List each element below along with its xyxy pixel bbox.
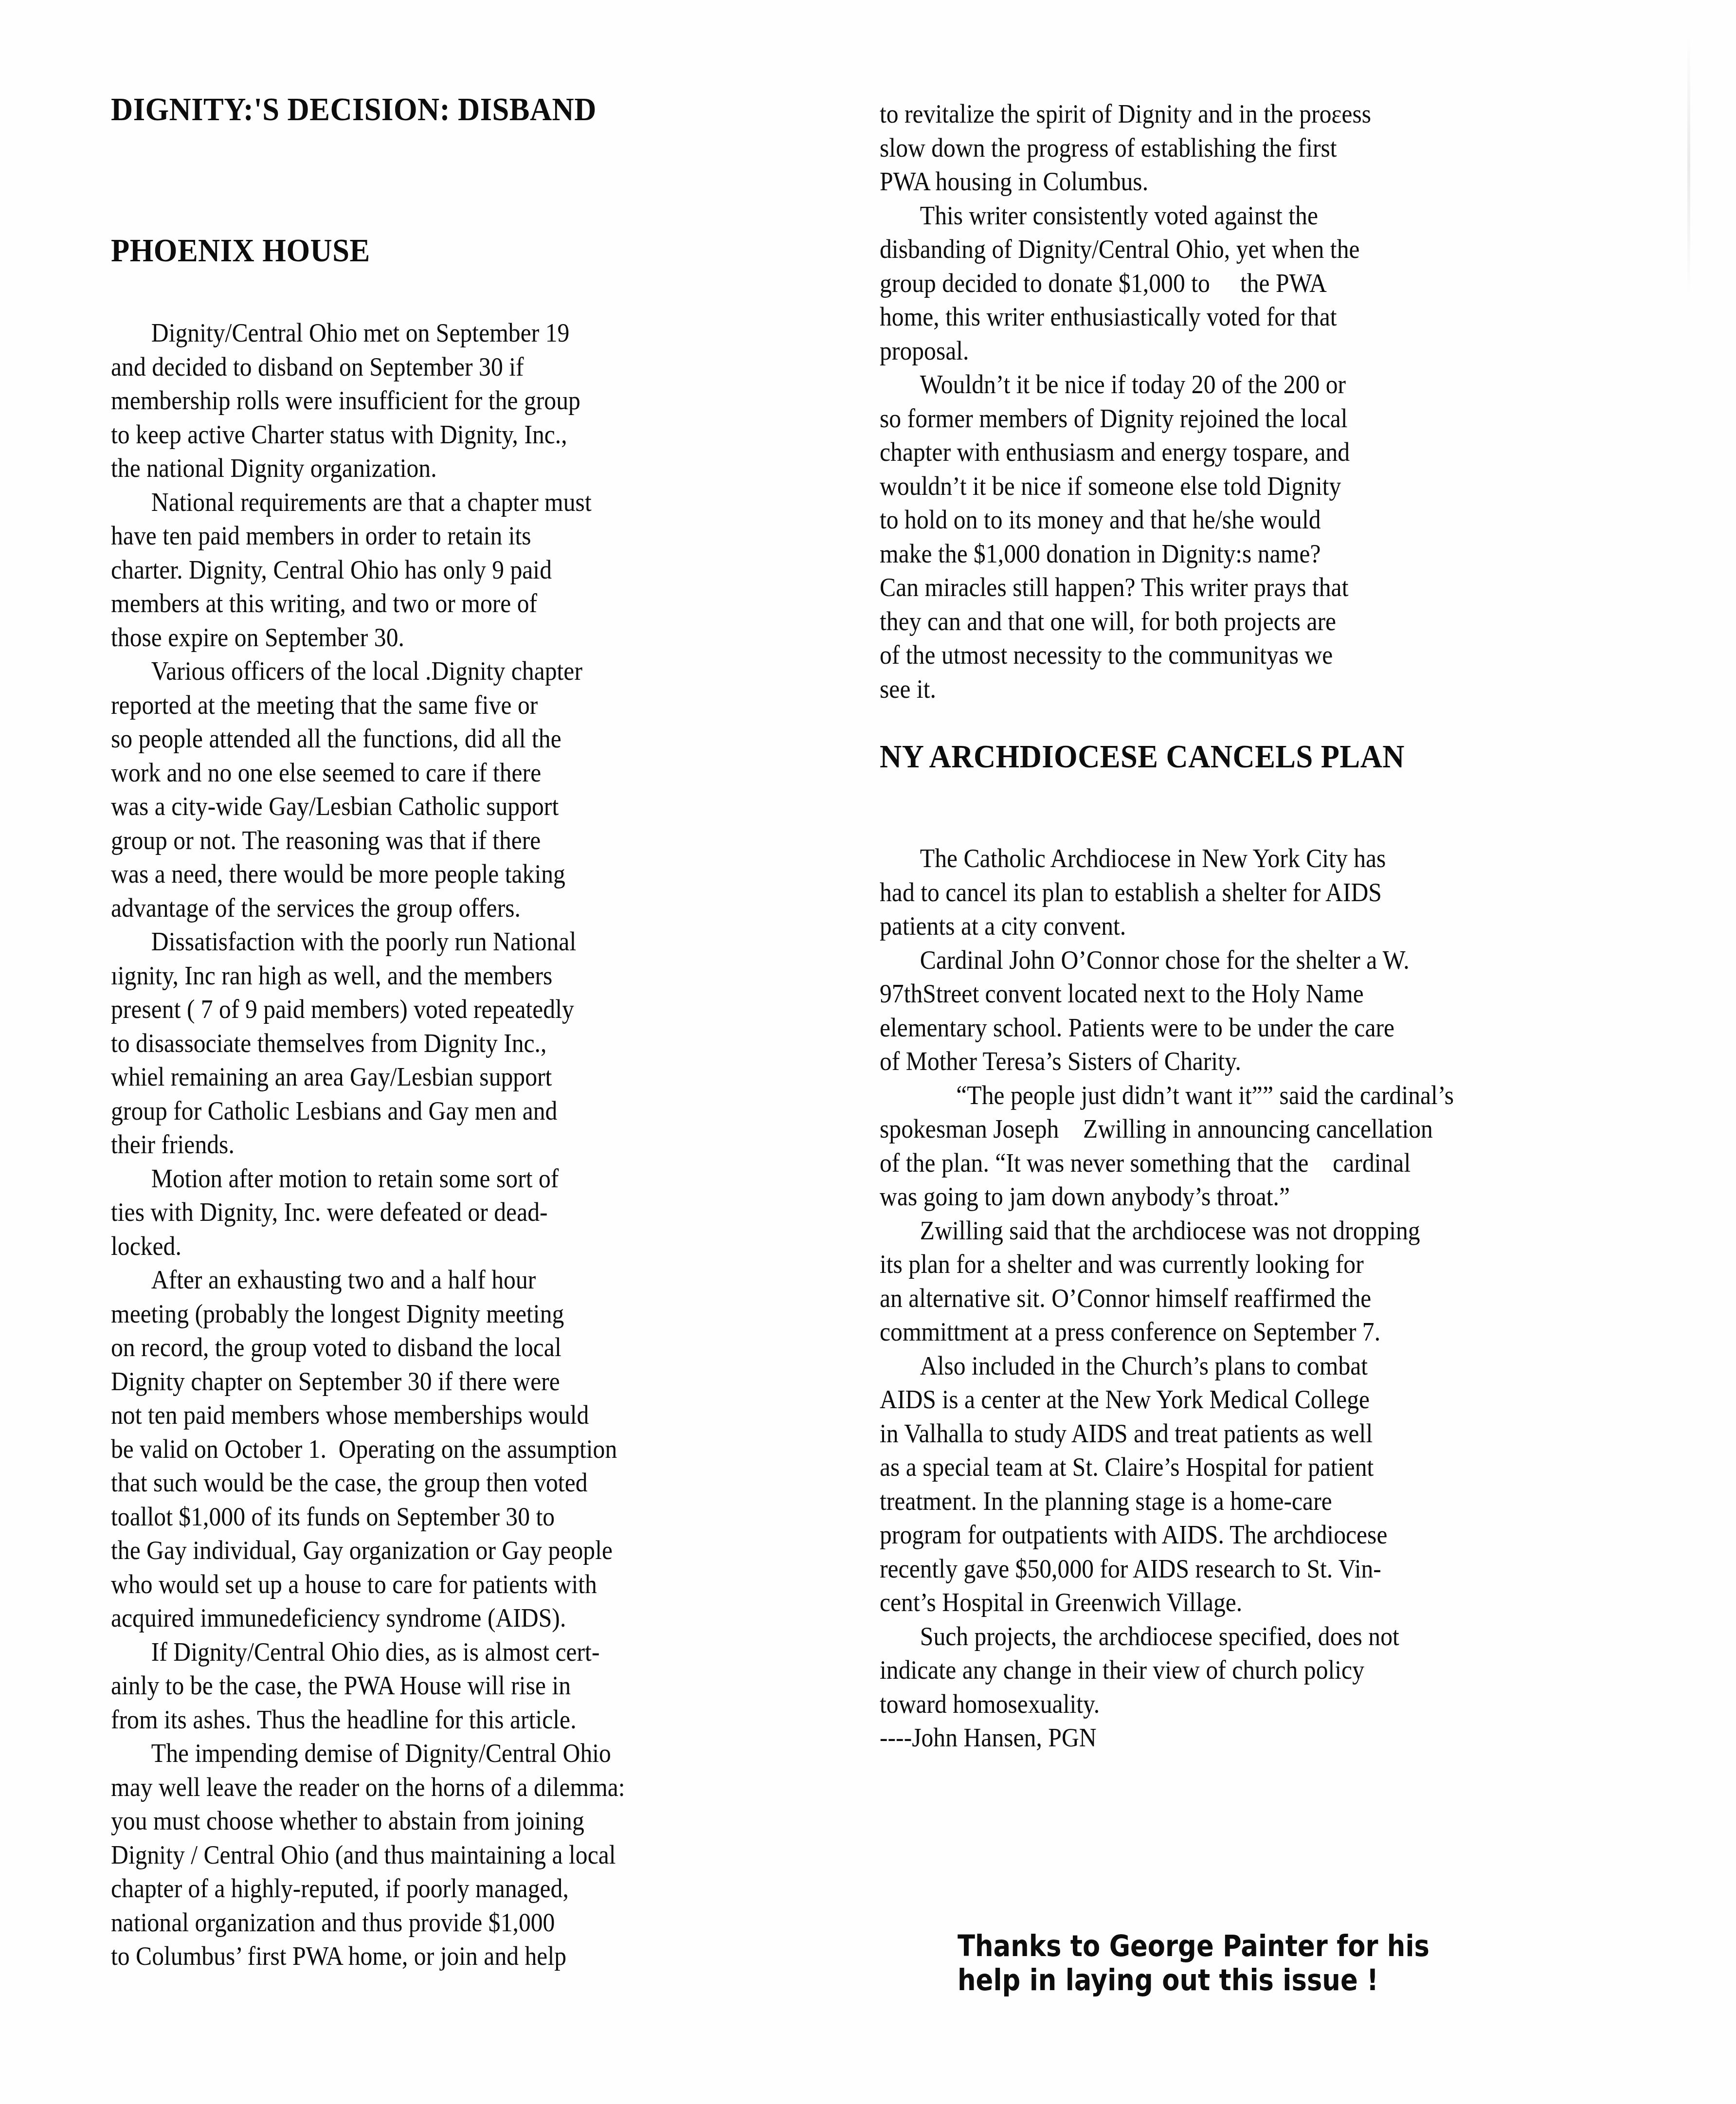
text-line: indicate any change in their view of chu… — [880, 1653, 1454, 1687]
text-line: acquired immunedeficiency syndrome (AIDS… — [111, 1601, 625, 1635]
text-line: toward homosexuality. — [880, 1687, 1454, 1722]
text-line: members at this writing, and two or more… — [111, 587, 625, 621]
text-line: its plan for a shelter and was currently… — [880, 1248, 1454, 1282]
text-line: home, this writer enthusiastically voted… — [880, 300, 1371, 334]
text-line: group or not. The reasoning was that if … — [111, 824, 625, 858]
text-line: After an exhausting two and a half hour — [111, 1263, 625, 1297]
text-line: locked. — [111, 1230, 625, 1264]
thanks-note: Thanks to George Painter for hishelp in … — [958, 1926, 1429, 1994]
text-line: chapter of a highly-reputed, if poorly m… — [111, 1872, 625, 1906]
text-line: on record, the group voted to disband th… — [111, 1331, 625, 1365]
phoenix-house-article-body: Dignity/Central Ohio met on September 19… — [111, 316, 625, 1974]
thanks-note-line: help in laying out this issue ! — [958, 1960, 1429, 1994]
text-line: was a city-wide Gay/Lesbian Catholic sup… — [111, 790, 625, 824]
text-line: The Catholic Archdiocese in New York Cit… — [880, 842, 1454, 876]
text-line: present ( 7 of 9 paid members) voted rep… — [111, 993, 625, 1027]
text-line: Such projects, the archdiocese specified… — [880, 1620, 1454, 1654]
text-line: make the $1,000 donation in Dignity:s na… — [880, 537, 1371, 571]
text-line: not ten paid members whose memberships w… — [111, 1398, 625, 1433]
text-line: group for Catholic Lesbians and Gay men … — [111, 1094, 625, 1128]
text-line: patients at a city convent. — [880, 909, 1454, 943]
text-line: was a need, there would be more people t… — [111, 857, 625, 891]
text-line: This writer consistently voted against t… — [880, 199, 1371, 233]
text-line: be valid on October 1. Operating on the … — [111, 1433, 625, 1467]
text-line: charter. Dignity, Central Ohio has only … — [111, 553, 625, 587]
text-line: meeting (probably the longest Dignity me… — [111, 1297, 625, 1331]
text-line: Dignity chapter on September 30 if there… — [111, 1365, 625, 1399]
text-line: have ten paid members in order to retain… — [111, 519, 625, 553]
text-line: their friends. — [111, 1128, 625, 1162]
phoenix-house-headline: PHOENIX HOUSE — [111, 234, 370, 267]
text-line: program for outpatients with AIDS. The a… — [880, 1518, 1454, 1552]
text-line: as a special team at St. Claire’s Hospit… — [880, 1451, 1454, 1485]
text-line: Dissatisfaction with the poorly run Nati… — [111, 925, 625, 959]
text-line: to keep active Charter status with Digni… — [111, 418, 625, 452]
text-line: Cardinal John O’Connor chose for the she… — [880, 943, 1454, 978]
text-line: ties with Dignity, Inc. were defeated or… — [111, 1196, 625, 1230]
text-line: in Valhalla to study AIDS and treat pati… — [880, 1417, 1454, 1451]
text-line: committment at a press conference on Sep… — [880, 1315, 1454, 1349]
text-line: AIDS is a center at the New York Medical… — [880, 1383, 1454, 1417]
text-line: “The people just didn’t want it”” said t… — [880, 1079, 1454, 1113]
text-line: wouldn’t it be nice if someone else told… — [880, 470, 1371, 504]
text-line: elementary school. Patients were to be u… — [880, 1011, 1454, 1045]
text-line: the Gay individual, Gay organization or … — [111, 1534, 625, 1568]
text-line: to disassociate themselves from Dignity … — [111, 1027, 625, 1061]
text-line: of Mother Teresa’s Sisters of Charity. — [880, 1045, 1454, 1079]
text-line: toallot $1,000 of its funds on September… — [111, 1500, 625, 1534]
text-line: to hold on to its money and that he/she … — [880, 503, 1371, 537]
text-line: the national Dignity organization. — [111, 452, 625, 486]
text-line: advantage of the services the group offe… — [111, 891, 625, 925]
text-line: Can miracles still happen? This writer p… — [880, 571, 1371, 605]
text-line: so former members of Dignity rejoined th… — [880, 402, 1371, 436]
text-line: Also included in the Church’s plans to c… — [880, 1349, 1454, 1383]
thanks-note-line: Thanks to George Painter for his — [958, 1926, 1429, 1960]
ny-archdiocese-headline: NY ARCHDIOCESE CANCELS PLAN — [880, 740, 1405, 773]
text-line: of the plan. “It was never something tha… — [880, 1146, 1454, 1180]
text-line: that such would be the case, the group t… — [111, 1466, 625, 1500]
text-line: national organization and thus provide $… — [111, 1906, 625, 1940]
text-line: disbanding of Dignity/Central Ohio, yet … — [880, 233, 1371, 267]
text-line: If Dignity/Central Ohio dies, as is almo… — [111, 1635, 625, 1669]
text-line: and decided to disband on September 30 i… — [111, 350, 625, 384]
text-line: membership rolls were insufficient for t… — [111, 384, 625, 418]
text-line: cent’s Hospital in Greenwich Village. — [880, 1586, 1454, 1620]
scan-edge-shadow — [1687, 34, 1690, 297]
text-line: proposal. — [880, 334, 1371, 368]
text-line: Motion after motion to retain some sort … — [111, 1162, 625, 1196]
text-line: ----John Hansen, PGN — [880, 1721, 1454, 1755]
text-line: you must choose whether to abstain from … — [111, 1804, 625, 1838]
text-line: reported at the meeting that the same fi… — [111, 689, 625, 723]
text-line: Zwilling said that the archdiocese was n… — [880, 1214, 1454, 1248]
phoenix-house-article-continuation: to revitalize the spirit of Dignity and … — [880, 97, 1371, 706]
text-line: whiel remaining an area Gay/Lesbian supp… — [111, 1060, 625, 1094]
text-line: may well leave the reader on the horns o… — [111, 1771, 625, 1805]
text-line: to Columbus’ first PWA home, or join and… — [111, 1940, 625, 1974]
main-headline: DIGNITY:'S DECISION: DISBAND — [111, 92, 597, 126]
text-line: spokesman Joseph Zwilling in announcing … — [880, 1112, 1454, 1146]
text-line: chapter with enthusiasm and energy tospa… — [880, 435, 1371, 470]
text-line: of the utmost necessity to the community… — [880, 638, 1371, 672]
text-line: ainly to be the case, the PWA House will… — [111, 1669, 625, 1703]
text-line: treatment. In the planning stage is a ho… — [880, 1485, 1454, 1519]
text-line: group decided to donate $1,000 to the PW… — [880, 267, 1371, 301]
text-line: Dignity/Central Ohio met on September 19 — [111, 316, 625, 350]
text-line: so people attended all the functions, di… — [111, 722, 625, 756]
text-line: slow down the progress of establishing t… — [880, 131, 1371, 165]
text-line: Dignity / Central Ohio (and thus maintai… — [111, 1838, 625, 1872]
text-line: The impending demise of Dignity/Central … — [111, 1737, 625, 1771]
text-line: work and no one else seemed to care if t… — [111, 756, 625, 790]
text-line: recently gave $50,000 for AIDS research … — [880, 1552, 1454, 1586]
text-line: see it. — [880, 672, 1371, 707]
newsletter-page: DIGNITY:'S DECISION: DISBAND PHOENIX HOU… — [0, 0, 1736, 2104]
text-line: PWA housing in Columbus. — [880, 165, 1371, 199]
text-line: from its ashes. Thus the headline for th… — [111, 1703, 625, 1737]
text-line: was going to jam down anybody’s throat.” — [880, 1180, 1454, 1214]
text-line: had to cancel its plan to establish a sh… — [880, 876, 1454, 910]
text-line: Wouldn’t it be nice if today 20 of the 2… — [880, 368, 1371, 402]
text-line: to revitalize the spirit of Dignity and … — [880, 97, 1371, 131]
text-line: they can and that one will, for both pro… — [880, 605, 1371, 639]
text-line: those expire on September 30. — [111, 621, 625, 655]
text-line: 97thStreet convent located next to the H… — [880, 977, 1454, 1011]
text-line: ıignity, Inc ran high as well, and the m… — [111, 959, 625, 993]
text-line: who would set up a house to care for pat… — [111, 1568, 625, 1602]
text-line: Various officers of the local .Dignity c… — [111, 654, 625, 689]
text-line: National requirements are that a chapter… — [111, 486, 625, 520]
ny-archdiocese-article-body: The Catholic Archdiocese in New York Cit… — [880, 842, 1454, 1755]
text-line: an alternative sit. O’Connor himself rea… — [880, 1282, 1454, 1316]
